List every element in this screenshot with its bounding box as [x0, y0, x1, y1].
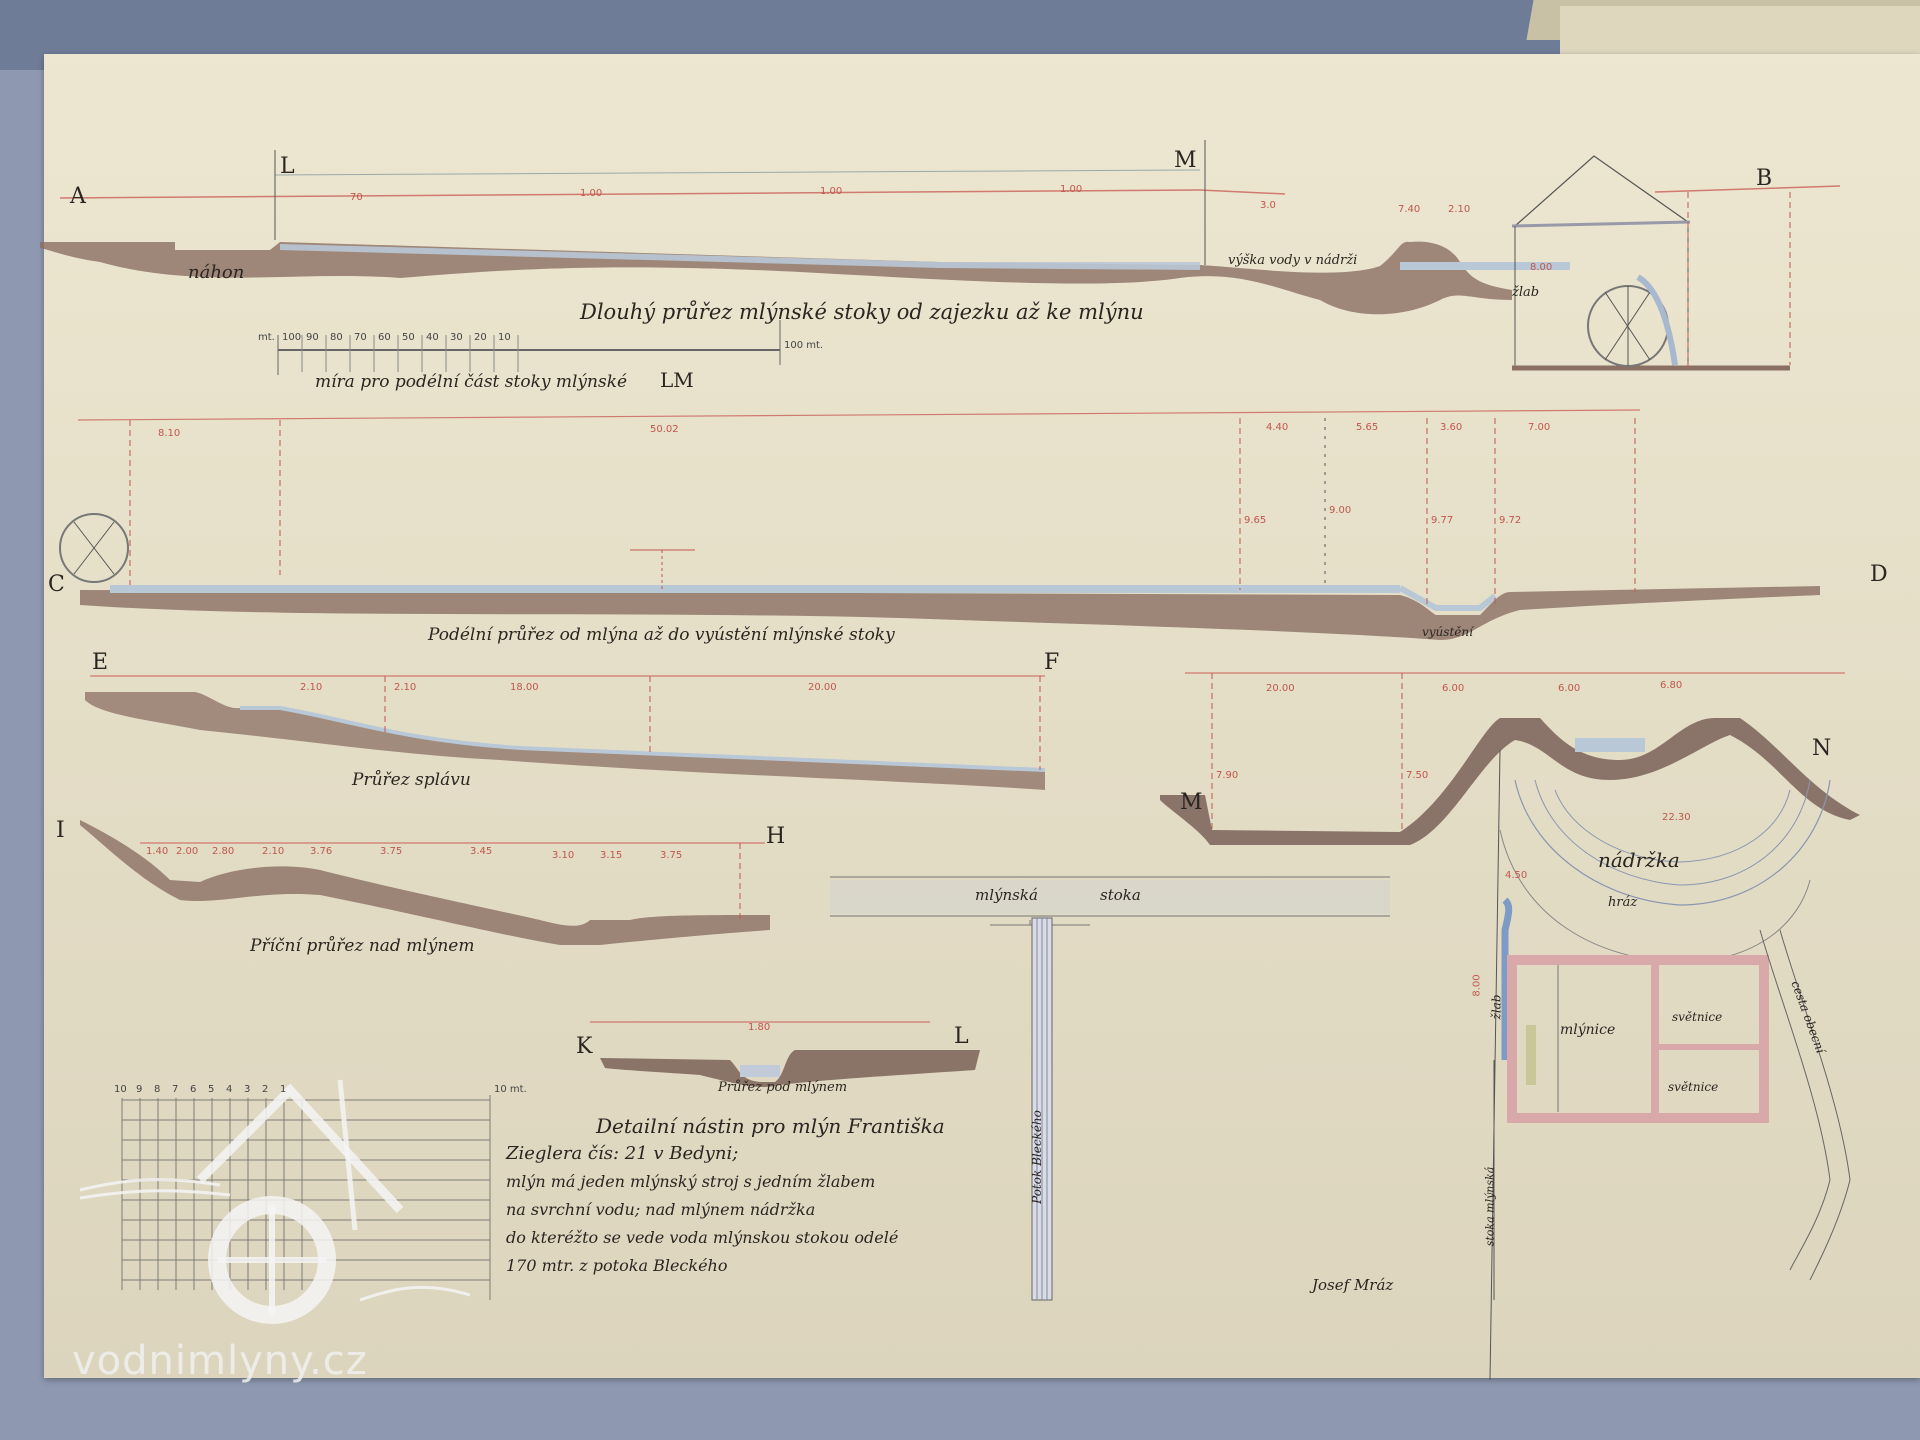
dimension: 4.40 — [1266, 422, 1288, 433]
section-cd-profile — [60, 410, 1820, 640]
site-plan — [1490, 750, 1850, 1380]
scale-tick: 80 — [330, 332, 343, 343]
point-h-label: H — [766, 824, 785, 849]
channel-label-right: stoka — [1100, 886, 1141, 904]
scale-tick: 30 — [450, 332, 463, 343]
point-i-label: I — [56, 818, 65, 843]
channel-label-left: mlýnská — [975, 886, 1038, 904]
description-line: Zieglera čís: 21 v Bedyni; — [506, 1140, 846, 1168]
dimension: 2.10 — [262, 846, 284, 857]
dimension: 4.50 — [1505, 870, 1527, 881]
section-ab-title: Dlouhý průřez mlýnské stoky od zajezku a… — [580, 300, 1144, 324]
dimension: 20.00 — [808, 682, 837, 693]
dimension: 8.00 — [1472, 974, 1483, 996]
section-ih-title: Příční průřez nad mlýnem — [250, 936, 474, 956]
grid-tick: 1 — [280, 1084, 286, 1095]
scale-tick: 100 — [282, 332, 301, 343]
dimension: 18.00 — [510, 682, 539, 693]
zlab-label: žlab — [1512, 285, 1539, 300]
nahon-label: náhon — [188, 262, 244, 283]
dimension: 20.00 — [1266, 683, 1295, 694]
scale-tick: 70 — [354, 332, 367, 343]
dimension: 7.90 — [1216, 770, 1238, 781]
scale-unit: mt. — [258, 332, 275, 343]
point-b-label: B — [1756, 166, 1772, 191]
dimension: 2.10 — [394, 682, 416, 693]
dimension: 3.0 — [1260, 200, 1276, 211]
point-n-label: N — [1812, 736, 1831, 761]
dimension: 3.76 — [310, 846, 332, 857]
dimension: 1.80 — [748, 1022, 770, 1033]
grid-end-label: 10 mt. — [494, 1084, 527, 1095]
dimension: 2.10 — [1448, 204, 1470, 215]
dimension: 2.80 — [212, 846, 234, 857]
dimension: 2.00 — [176, 846, 198, 857]
room-label: světnice — [1668, 1080, 1718, 1094]
description-line: 170 mtr. z potoka Bleckého — [506, 1252, 846, 1280]
dimension: 50.02 — [650, 424, 679, 435]
dimension: 7.00 — [1528, 422, 1550, 433]
dimension: 3.10 — [552, 850, 574, 861]
scale-bar — [278, 320, 780, 375]
scale-tick: 50 — [402, 332, 415, 343]
dimension: 1.00 — [580, 188, 602, 199]
dimension: 5.65 — [1356, 422, 1378, 433]
point-a-label: A — [70, 184, 86, 209]
dimension: 3.75 — [660, 850, 682, 861]
dimension: 7.40 — [1398, 204, 1420, 215]
room-label: světnice — [1672, 1010, 1722, 1024]
scale-tick: 90 — [306, 332, 319, 343]
dimension: 6.00 — [1558, 683, 1580, 694]
scale-tick: 20 — [474, 332, 487, 343]
grid-scale — [122, 1095, 490, 1300]
dimension: 7.50 — [1406, 770, 1428, 781]
grid-tick: 7 — [172, 1084, 178, 1095]
point-f-label: F — [1044, 650, 1059, 675]
dimension: 9.77 — [1431, 515, 1453, 526]
scale-caption: míra pro podélní část stoky mlýnské — [315, 372, 627, 392]
water-level-label: výška vody v nádrži — [1228, 253, 1357, 268]
point-c-label: C — [48, 572, 65, 597]
dimension: 9.00 — [1329, 505, 1351, 516]
dimension: 8.10 — [158, 428, 180, 439]
description-line: do kteréžto se vede voda mlýnskou stokou… — [506, 1224, 846, 1252]
scale-tick: 40 — [426, 332, 439, 343]
grid-tick: 5 — [208, 1084, 214, 1095]
description-line: mlýn má jeden mlýnský stroj s jedním žla… — [506, 1168, 846, 1196]
description-block: Detailní nástin pro mlýn Františka Ziegl… — [506, 1112, 846, 1280]
dimension: 9.72 — [1499, 515, 1521, 526]
point-k-label: K — [576, 1034, 592, 1059]
section-ih-profile — [80, 820, 770, 945]
grid-tick: 2 — [262, 1084, 268, 1095]
point-m2-label: M — [1180, 790, 1203, 815]
dimension: 8.00 — [1530, 262, 1552, 273]
dimension: 1.00 — [1060, 184, 1082, 195]
watermark-text: vodnimlyny.cz — [72, 1338, 368, 1384]
section-ef-title: Průřez splávu — [352, 770, 471, 790]
point-d-label: D — [1870, 562, 1888, 587]
section-ef-profile — [85, 676, 1045, 790]
dimension: 3.45 — [470, 846, 492, 857]
grid-tick: 6 — [190, 1084, 196, 1095]
stream-label: Potok Bleckého — [1030, 1110, 1044, 1204]
room-mill-label: mlýnice — [1560, 1022, 1615, 1038]
grid-tick: 4 — [226, 1084, 232, 1095]
channel-plan — [830, 877, 1390, 1300]
point-m-label: M — [1174, 148, 1197, 173]
point-l2-label: L — [954, 1024, 969, 1049]
scale-end-label: 100 mt. — [784, 340, 823, 351]
section-mn-profile — [1160, 673, 1860, 845]
technical-drawing — [0, 0, 1920, 1440]
dimension: 70 — [350, 192, 363, 203]
scale-caption-suffix: LM — [660, 368, 694, 392]
point-l-label: L — [280, 154, 295, 179]
dimension: 22.30 — [1662, 812, 1691, 823]
dimension: 6.80 — [1660, 680, 1682, 691]
section-kl-profile — [590, 1022, 980, 1087]
dimension: 1.40 — [146, 846, 168, 857]
section-kl-title: Průřez pod mlýnem — [718, 1080, 847, 1095]
dimension: 2.10 — [300, 682, 322, 693]
channel-plan-label: stoka mlýnská — [1483, 1167, 1496, 1247]
dimension: 1.00 — [820, 186, 842, 197]
mouth-label: vyústění — [1422, 625, 1473, 639]
dimension: 6.00 — [1442, 683, 1464, 694]
grid-tick: 3 — [244, 1084, 250, 1095]
dimension: 3.75 — [380, 846, 402, 857]
grid-tick: 8 — [154, 1084, 160, 1095]
pond-label: nádržka — [1598, 848, 1680, 872]
scale-tick: 60 — [378, 332, 391, 343]
dimension: 3.60 — [1440, 422, 1462, 433]
point-e-label: E — [92, 650, 108, 675]
description-line: Detailní nástin pro mlýn Františka — [596, 1112, 846, 1140]
bank-label: hráz — [1608, 895, 1637, 910]
signature: Josef Mráz — [1312, 1276, 1393, 1294]
flume-label: žlab — [1490, 995, 1504, 1020]
grid-tick: 10 — [114, 1084, 127, 1095]
scale-tick: 10 — [498, 332, 511, 343]
section-cd-title: Podélní průřez od mlýna až do vyústění m… — [428, 625, 895, 645]
description-line: na svrchní vodu; nad mlýnem nádržka — [506, 1196, 846, 1224]
dimension: 3.15 — [600, 850, 622, 861]
grid-tick: 9 — [136, 1084, 142, 1095]
dimension: 9.65 — [1244, 515, 1266, 526]
